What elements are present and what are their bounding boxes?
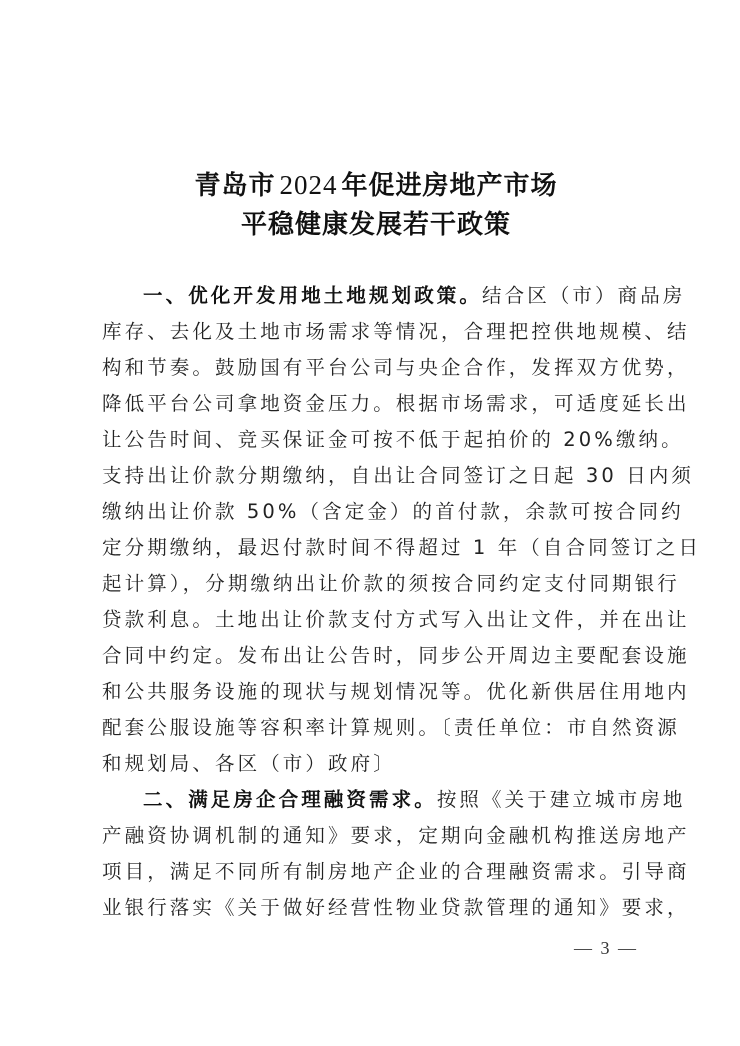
paragraph-line: 合同中约定。发布出让公告时，同步公开周边主要配套设施 (102, 638, 644, 674)
title-year: 2024 (280, 170, 338, 200)
document-body: 一、优化开发用地土地规划政策。结合区（市）商品房 库存、去化及土地市场需求等情况… (102, 278, 644, 926)
paragraph-line: 业银行落实《关于做好经营性物业贷款管理的通知》要求， (102, 890, 644, 926)
document-title-line-2: 平稳健康发展若干政策 (0, 205, 740, 245)
document-title-line-1: 青岛市2024年促进房地产市场 (0, 165, 740, 206)
page-number: — 3 — (566, 938, 646, 959)
title-rest: 年促进房地产市场 (342, 171, 558, 201)
section-1-heading: 一、优化开发用地土地规划政策。 (143, 284, 482, 307)
paragraph-line: 支持出让价款分期缴纳，自出让合同签订之日起 30 日内须 (102, 458, 644, 494)
paragraph-line: 库存、去化及土地市场需求等情况，合理把控供地规模、结 (102, 314, 644, 350)
paragraph-line-last: 和规划局、各区（市）政府〕 (102, 746, 644, 782)
paragraph-line: 贷款利息。土地出让价款支付方式写入出让文件，并在出让 (102, 602, 644, 638)
section-2-heading: 二、满足房企合理融资需求。 (143, 788, 437, 811)
paragraph-line: 定分期缴纳，最迟付款时间不得超过 1 年（自合同签订之日 (102, 530, 644, 566)
paragraph-line: 构和节奏。鼓励国有平台公司与央企合作，发挥双方优势， (102, 350, 644, 386)
paragraph-line: 和公共服务设施的现状与规划情况等。优化新供居住用地内 (102, 674, 644, 710)
paragraph-line: 降低平台公司拿地资金压力。根据市场需求，可适度延长出 (102, 386, 644, 422)
paragraph-line: 配套公服设施等容积率计算规则。〔责任单位：市自然资源 (102, 710, 644, 746)
section-1-first-line: 一、优化开发用地土地规划政策。结合区（市）商品房 (102, 278, 644, 314)
paragraph-line: 项目，满足不同所有制房地产企业的合理融资需求。引导商 (102, 854, 644, 890)
section-1-text: 结合区（市）商品房 (482, 284, 685, 307)
paragraph-line: 让公告时间、竞买保证金可按不低于起拍价的 20%缴纳。 (102, 422, 644, 458)
paragraph-line: 缴纳出让价款 50%（含定金）的首付款，余款可按合同约 (102, 494, 644, 530)
section-2-first-line: 二、满足房企合理融资需求。按照《关于建立城市房地 (102, 782, 644, 818)
paragraph-line: 产融资协调机制的通知》要求，定期向金融机构推送房地产 (102, 818, 644, 854)
paragraph-line: 起计算），分期缴纳出让价款的须按合同约定支付同期银行 (102, 566, 644, 602)
section-2-text: 按照《关于建立城市房地 (437, 788, 686, 811)
document-page: 青岛市2024年促进房地产市场 平稳健康发展若干政策 一、优化开发用地土地规划政… (0, 0, 740, 1046)
title-city: 青岛市 (194, 171, 275, 201)
